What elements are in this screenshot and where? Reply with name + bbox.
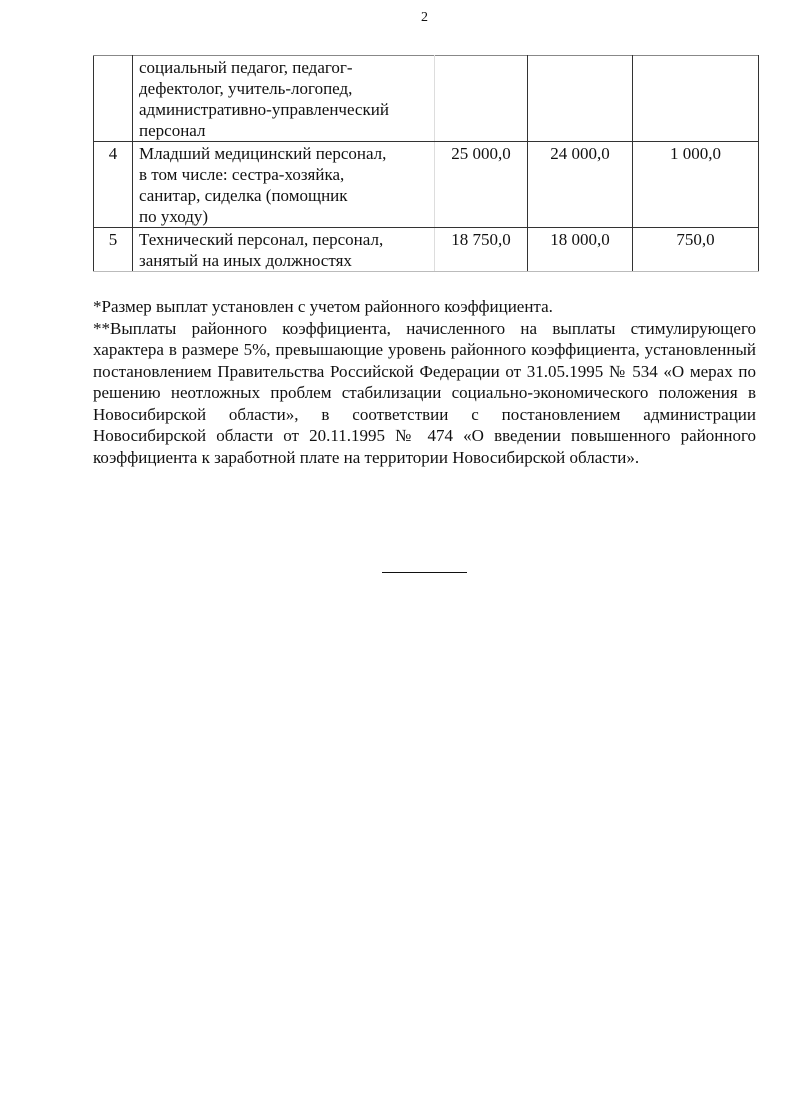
value-cell: [633, 56, 759, 142]
row-number: 5: [94, 228, 133, 272]
table-row: 5 Технический персонал, персонал,занятый…: [94, 228, 759, 272]
value-cell: 24 000,0: [528, 142, 633, 228]
value-cell: 1 000,0: [633, 142, 759, 228]
position-cell: Младший медицинский персонал,в том числе…: [133, 142, 435, 228]
value-cell: 18 000,0: [528, 228, 633, 272]
footnote-1: *Размер выплат установлен с учетом район…: [93, 296, 756, 318]
row-number: [94, 56, 133, 142]
value-cell: [435, 56, 528, 142]
value-cell: 18 750,0: [435, 228, 528, 272]
value-cell: [528, 56, 633, 142]
end-divider: [382, 572, 467, 573]
value-cell: 750,0: [633, 228, 759, 272]
table-row: социальный педагог, педагог-дефектолог, …: [94, 56, 759, 142]
footnotes: *Размер выплат установлен с учетом район…: [93, 296, 756, 468]
salary-table: социальный педагог, педагог-дефектолог, …: [93, 55, 759, 272]
value-cell: 25 000,0: [435, 142, 528, 228]
table-row: 4 Младший медицинский персонал,в том чис…: [94, 142, 759, 228]
position-cell: социальный педагог, педагог-дефектолог, …: [133, 56, 435, 142]
page-number: 2: [0, 10, 789, 26]
footnote-2: **Выплаты районного коэффициента, начисл…: [93, 318, 756, 469]
position-cell: Технический персонал, персонал,занятый н…: [133, 228, 435, 272]
row-number: 4: [94, 142, 133, 228]
